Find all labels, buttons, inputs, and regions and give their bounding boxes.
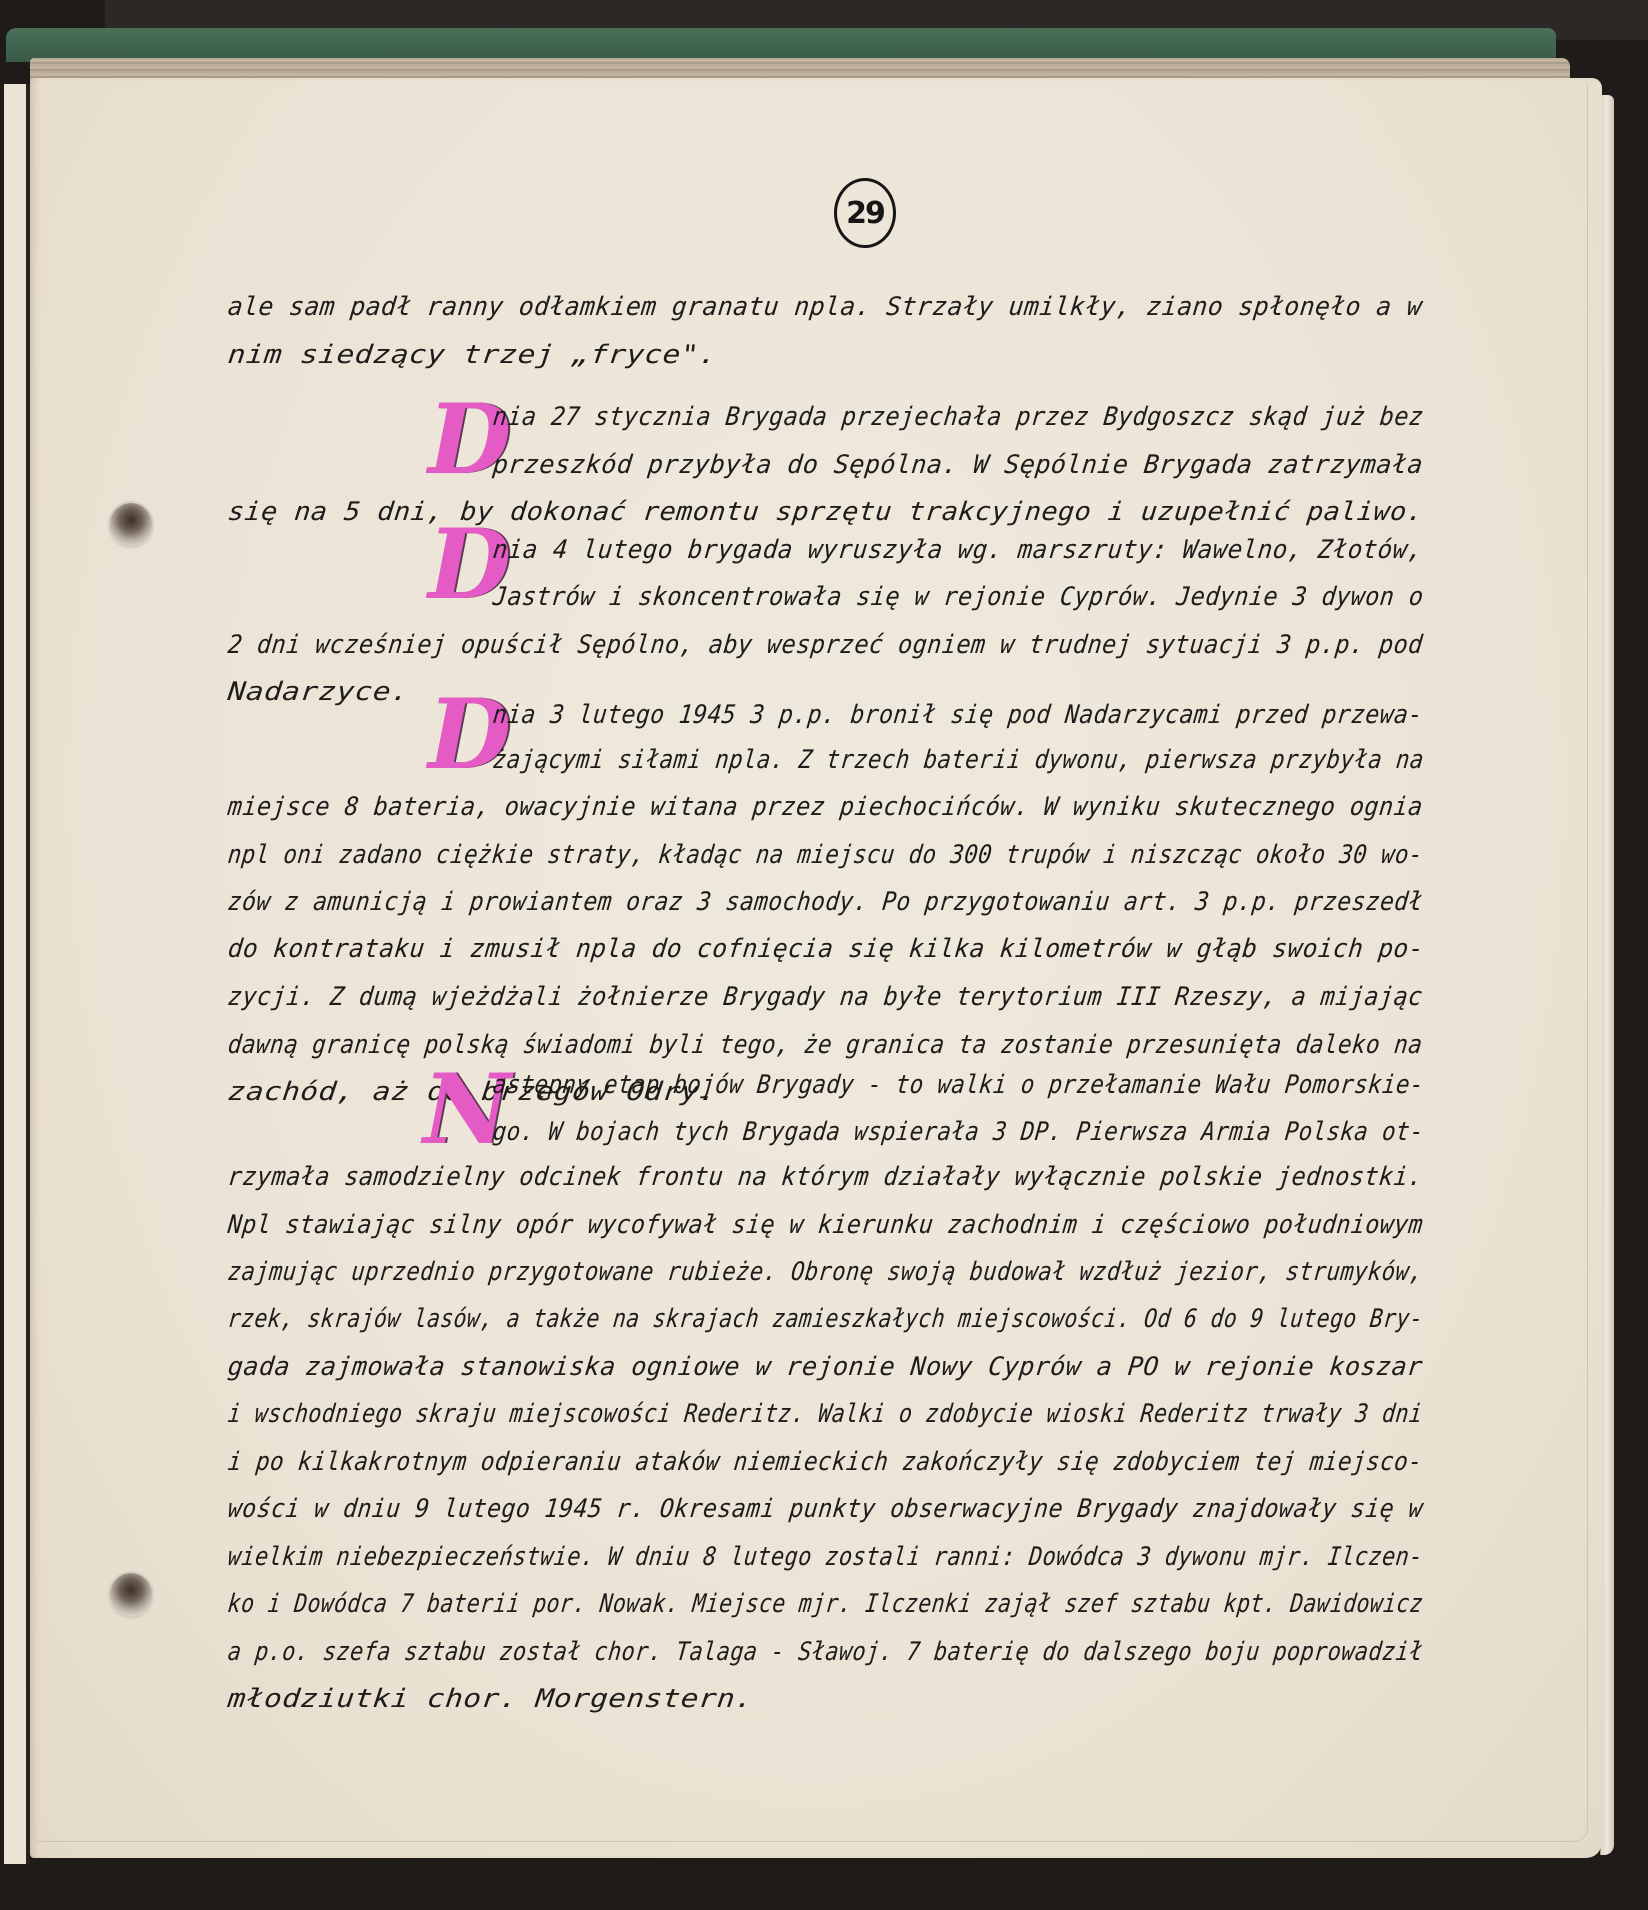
text-line: gada zajmowała stanowiska ogniowe w rejo…: [226, 1352, 1424, 1382]
text-line: nia 3 lutego 1945 3 p.p. bronił się pod …: [491, 700, 1424, 730]
text-line: npl oni zadano ciężkie straty, kładąc na…: [226, 840, 1424, 870]
text-line: wielkim niebezpieczeństwie. W dniu 8 lut…: [226, 1542, 1424, 1572]
binder-hole-icon: [110, 503, 152, 545]
text-line: miejsce 8 bateria, owacyjnie witana prze…: [226, 792, 1424, 822]
page-stack-right-edge: [1600, 95, 1614, 1855]
text-line: dawną granicę polską świadomi byli tego,…: [226, 1030, 1423, 1060]
binder-hole-icon: [110, 1573, 152, 1615]
text-line: a p.o. szefa sztabu został chor. Talaga …: [226, 1637, 1424, 1667]
text-line: i po kilkakrotnym odpieraniu ataków niem…: [226, 1447, 1423, 1477]
text-line: nim siedzący trzej „fryce".: [226, 340, 718, 370]
text-line: się na 5 dni, by dokonać remontu sprzętu…: [226, 497, 1425, 527]
text-line: Nadarzyce.: [226, 677, 410, 707]
scanned-notebook-page: 29 ale sam padł ranny odłamkiem granatu …: [0, 0, 1648, 1910]
text-line: go. W bojach tych Brygada wspierała 3 DP…: [491, 1117, 1425, 1147]
text-line: 2 dni wcześniej opuścił Sępólno, aby wes…: [226, 630, 1424, 660]
text-line: zajmując uprzednio przygotowane rubieże.…: [226, 1257, 1424, 1287]
text-line: przeszkód przybyła do Sępólna. W Sępólni…: [491, 450, 1424, 480]
text-line: Jastrów i skoncentrowała się w rejonie C…: [491, 582, 1425, 612]
text-line: wości w dniu 9 lutego 1945 r. Okresami p…: [226, 1494, 1424, 1524]
text-line: rzymała samodzielny odcinek frontu na kt…: [226, 1162, 1424, 1192]
text-line: i wschodniego skraju miejscowości Rederi…: [226, 1399, 1424, 1429]
text-line: ale sam padł ranny odłamkiem granatu npl…: [226, 292, 1423, 322]
text-line: ko i Dowódca 7 baterii por. Nowak. Miejs…: [226, 1589, 1424, 1619]
text-line: do kontrataku i zmusił npla do cofnięcia…: [226, 934, 1425, 964]
text-line: nia 27 stycznia Brygada przejechała prze…: [491, 402, 1425, 432]
book-cover-edge: [6, 28, 1556, 62]
text-line: Npl stawiając silny opór wycofywał się w…: [226, 1210, 1424, 1240]
text-line: zów z amunicją i prowiantem oraz 3 samoc…: [226, 887, 1424, 917]
text-line: astępny etap bojów Brygady - to walki o …: [491, 1070, 1425, 1100]
text-line: zycji. Z dumą wjeżdżali żołnierze Brygad…: [226, 982, 1424, 1012]
previous-page-edge: [4, 84, 30, 1864]
text-line: rzek, skrajów lasów, a także na skrajach…: [226, 1304, 1424, 1334]
text-line: młodziutki chor. Morgenstern.: [226, 1684, 755, 1714]
text-line: nia 4 lutego brygada wyruszyła wg. marsz…: [491, 535, 1424, 565]
page-number-badge: 29: [834, 178, 896, 248]
text-line: żającymi siłami npla. Z trzech baterii d…: [491, 745, 1425, 775]
